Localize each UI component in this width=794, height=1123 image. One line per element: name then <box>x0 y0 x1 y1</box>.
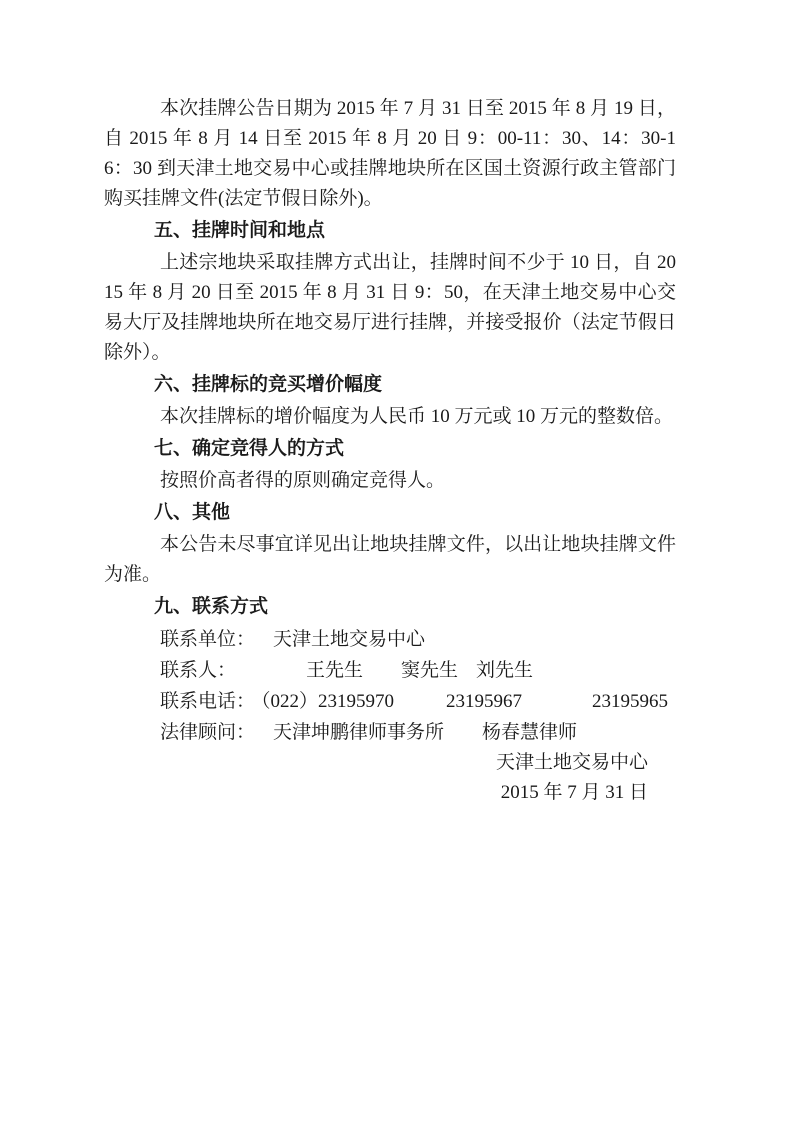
section-body-listing-time-place: 上述宗地块采取挂牌方式出让，挂牌时间不少于 10 日，自 2015 年 8 月 … <box>104 248 676 368</box>
contact-row-phones: 联系电话：（022）231959702319596723195965 <box>160 686 676 717</box>
document-content: 本次挂牌公告日期为 2015 年 7 月 31 日至 2015 年 8 月 19… <box>104 94 676 808</box>
signature-date: 2015 年 7 月 31 日 <box>104 778 676 808</box>
paragraph-announcement-dates: 本次挂牌公告日期为 2015 年 7 月 31 日至 2015 年 8 月 19… <box>104 94 676 214</box>
contact-label-unit: 联系单位： <box>160 629 255 650</box>
contact-phone-1: （022）23195970 <box>261 691 394 712</box>
section-body-others: 本公告未尽事宜详见出让地块挂牌文件，以出让地块挂牌文件为准。 <box>104 530 676 590</box>
contact-lawyer-name: 杨春慧律师 <box>482 722 577 743</box>
contact-person-1: 王先生 <box>306 660 363 681</box>
section-body-bid-increment: 本次挂牌标的增价幅度为人民币 10 万元或 10 万元的整数倍。 <box>104 402 676 432</box>
contact-law-firm: 天津坤鹏律师事务所 <box>273 722 444 743</box>
contact-row-legal-advisor: 法律顾问：天津坤鹏律师事务所杨春慧律师 <box>160 717 676 748</box>
section-heading-others: 八、其他 <box>154 498 676 528</box>
section-heading-listing-time-place: 五、挂牌时间和地点 <box>154 216 676 246</box>
section-heading-bid-increment: 六、挂牌标的竞买增价幅度 <box>154 370 676 400</box>
signature-org: 天津土地交易中心 <box>104 748 676 778</box>
contact-row-persons: 联系人：王先生窦先生刘先生 <box>160 655 676 686</box>
document-page: 本次挂牌公告日期为 2015 年 7 月 31 日至 2015 年 8 月 19… <box>0 0 794 1123</box>
contact-label-phones: 联系电话： <box>160 691 255 712</box>
contact-value-unit: 天津土地交易中心 <box>273 629 425 650</box>
section-heading-contact-info: 九、联系方式 <box>154 592 676 622</box>
contact-phone-3: 23195965 <box>592 691 668 712</box>
contact-row-unit: 联系单位：天津土地交易中心 <box>160 624 676 655</box>
contact-person-2: 窦先生 <box>401 660 458 681</box>
section-body-winner-determination: 按照价高者得的原则确定竞得人。 <box>104 466 676 496</box>
contact-label-persons: 联系人： <box>160 660 236 681</box>
section-heading-winner-determination: 七、确定竞得人的方式 <box>154 434 676 464</box>
contact-person-3: 刘先生 <box>476 660 533 681</box>
contact-phone-2: 23195967 <box>446 691 522 712</box>
contact-label-legal-advisor: 法律顾问： <box>160 722 255 743</box>
